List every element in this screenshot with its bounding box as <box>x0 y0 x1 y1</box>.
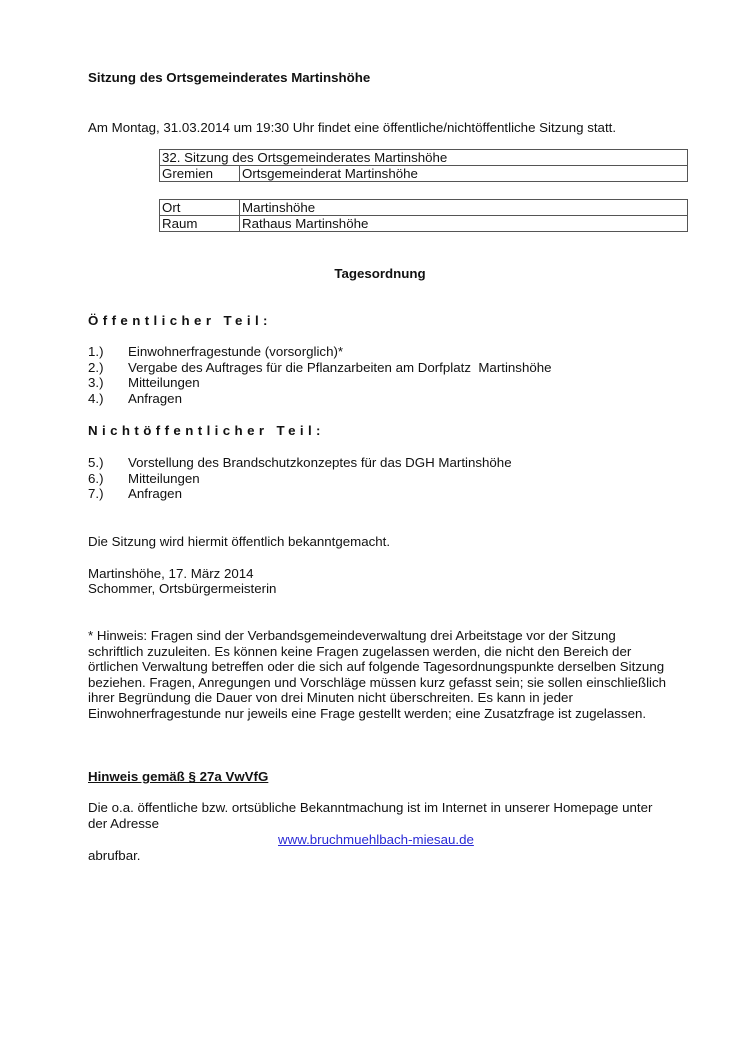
legal-notice-end: abrufbar. <box>88 848 141 864</box>
place-date: Martinshöhe, 17. März 2014 <box>88 566 254 582</box>
raum-label: Raum <box>160 216 240 232</box>
agenda-item-number: 3.) <box>88 375 128 391</box>
agenda-item-text: Mitteilungen <box>128 375 200 391</box>
gremien-label: Gremien <box>160 166 240 182</box>
agenda-item-number: 7.) <box>88 486 128 502</box>
public-section-heading: Öffentlicher Teil: <box>88 313 272 329</box>
private-agenda-list: 5.) Vorstellung des Brandschutzkonzeptes… <box>88 455 512 502</box>
raum-value: Rathaus Martinshöhe <box>240 216 688 232</box>
agenda-item-number: 4.) <box>88 391 128 407</box>
agenda-item-text: Vorstellung des Brandschutzkonzeptes für… <box>128 455 512 471</box>
list-item: 5.) Vorstellung des Brandschutzkonzeptes… <box>88 455 512 471</box>
meeting-table-header: 32. Sitzung des Ortsgemeinderates Martin… <box>160 150 688 166</box>
legal-notice-text: Die o.a. öffentliche bzw. ortsübliche Be… <box>88 800 668 831</box>
list-item: 3.) Mitteilungen <box>88 375 552 391</box>
agenda-title: Tagesordnung <box>0 266 740 282</box>
agenda-item-text: Anfragen <box>128 391 182 407</box>
meeting-intro: Am Montag, 31.03.2014 um 19:30 Uhr finde… <box>88 120 616 136</box>
public-agenda-list: 1.) Einwohnerfragestunde (vorsorglich)* … <box>88 344 552 406</box>
table-row: Ort Martinshöhe <box>160 200 688 216</box>
meeting-table: 32. Sitzung des Ortsgemeinderates Martin… <box>159 149 688 182</box>
agenda-item-number: 1.) <box>88 344 128 360</box>
agenda-item-text: Einwohnerfragestunde (vorsorglich)* <box>128 344 343 360</box>
agenda-item-text: Vergabe des Auftrages für die Pflanzarbe… <box>128 360 552 376</box>
gremien-value: Ortsgemeinderat Martinshöhe <box>240 166 688 182</box>
table-row: Gremien Ortsgemeinderat Martinshöhe <box>160 166 688 182</box>
agenda-item-text: Mitteilungen <box>128 471 200 487</box>
list-item: 1.) Einwohnerfragestunde (vorsorglich)* <box>88 344 552 360</box>
list-item: 7.) Anfragen <box>88 486 512 502</box>
legal-notice-heading: Hinweis gemäß § 27a VwVfG <box>88 769 268 785</box>
private-section-heading: Nichtöffentlicher Teil: <box>88 423 325 439</box>
list-item: 2.) Vergabe des Auftrages für die Pflanz… <box>88 360 552 376</box>
list-item: 4.) Anfragen <box>88 391 552 407</box>
agenda-item-text: Anfragen <box>128 486 182 502</box>
meeting-table-header-row: 32. Sitzung des Ortsgemeinderates Martin… <box>160 150 688 166</box>
footnote-text: * Hinweis: Fragen sind der Verbandsgemei… <box>88 628 668 722</box>
announcement-text: Die Sitzung wird hiermit öffentlich beka… <box>88 534 390 550</box>
document-title: Sitzung des Ortsgemeinderates Martinshöh… <box>88 70 370 86</box>
list-item: 6.) Mitteilungen <box>88 471 512 487</box>
location-table: Ort Martinshöhe Raum Rathaus Martinshöhe <box>159 199 688 232</box>
signer: Schommer, Ortsbürgermeisterin <box>88 581 276 597</box>
homepage-link[interactable]: www.bruchmuehlbach-miesau.de <box>278 832 474 848</box>
table-row: Raum Rathaus Martinshöhe <box>160 216 688 232</box>
ort-value: Martinshöhe <box>240 200 688 216</box>
ort-label: Ort <box>160 200 240 216</box>
agenda-item-number: 2.) <box>88 360 128 376</box>
agenda-item-number: 6.) <box>88 471 128 487</box>
agenda-item-number: 5.) <box>88 455 128 471</box>
